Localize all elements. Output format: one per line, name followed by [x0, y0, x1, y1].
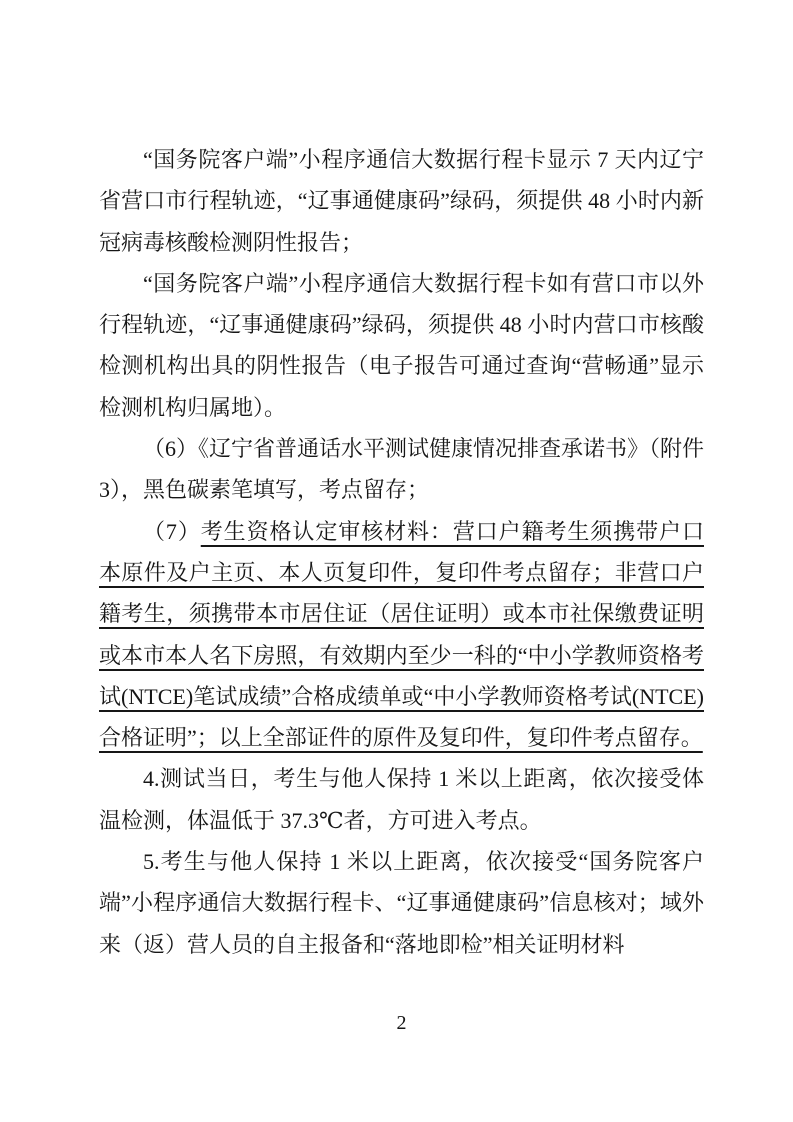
item-7-number-label: （7）	[143, 519, 201, 544]
paragraph-item-7-qualification-materials: （7）考生资格认定审核材料：营口户籍考生须携带户口本原件及户主页、本人页复印件，…	[99, 511, 704, 759]
paragraph-travel-card-local-track: “国务院客户端”小程序通信大数据行程卡显示 7 天内辽宁省营口市行程轨迹，“辽事…	[99, 139, 704, 263]
paragraph-4-temperature-check: 4.测试当日，考生与他人保持 1 米以上距离，依次接受体温检测，体温低于 37.…	[99, 758, 704, 841]
page-number: 2	[99, 1010, 704, 1036]
document-body: “国务院客户端”小程序通信大数据行程卡显示 7 天内辽宁省营口市行程轨迹，“辽事…	[99, 139, 704, 965]
item-7-underlined-text: 考生资格认定审核材料：营口户籍考生须携带户口本原件及户主页、本人页复印件，复印件…	[99, 519, 704, 750]
document-page: “国务院客户端”小程序通信大数据行程卡显示 7 天内辽宁省营口市行程轨迹，“辽事…	[0, 0, 793, 1122]
paragraph-travel-card-outside-track: “国务院客户端”小程序通信大数据行程卡如有营口市以外行程轨迹，“辽事通健康码”绿…	[99, 263, 704, 428]
paragraph-5-info-verification: 5.考生与他人保持 1 米以上距离，依次接受“国务院客户端”小程序通信大数据行程…	[99, 841, 704, 965]
paragraph-item-6-commitment-letter: （6）《辽宁省普通话水平测试健康情况排查承诺书》（附件 3），黑色碳素笔填写，考…	[99, 428, 704, 511]
